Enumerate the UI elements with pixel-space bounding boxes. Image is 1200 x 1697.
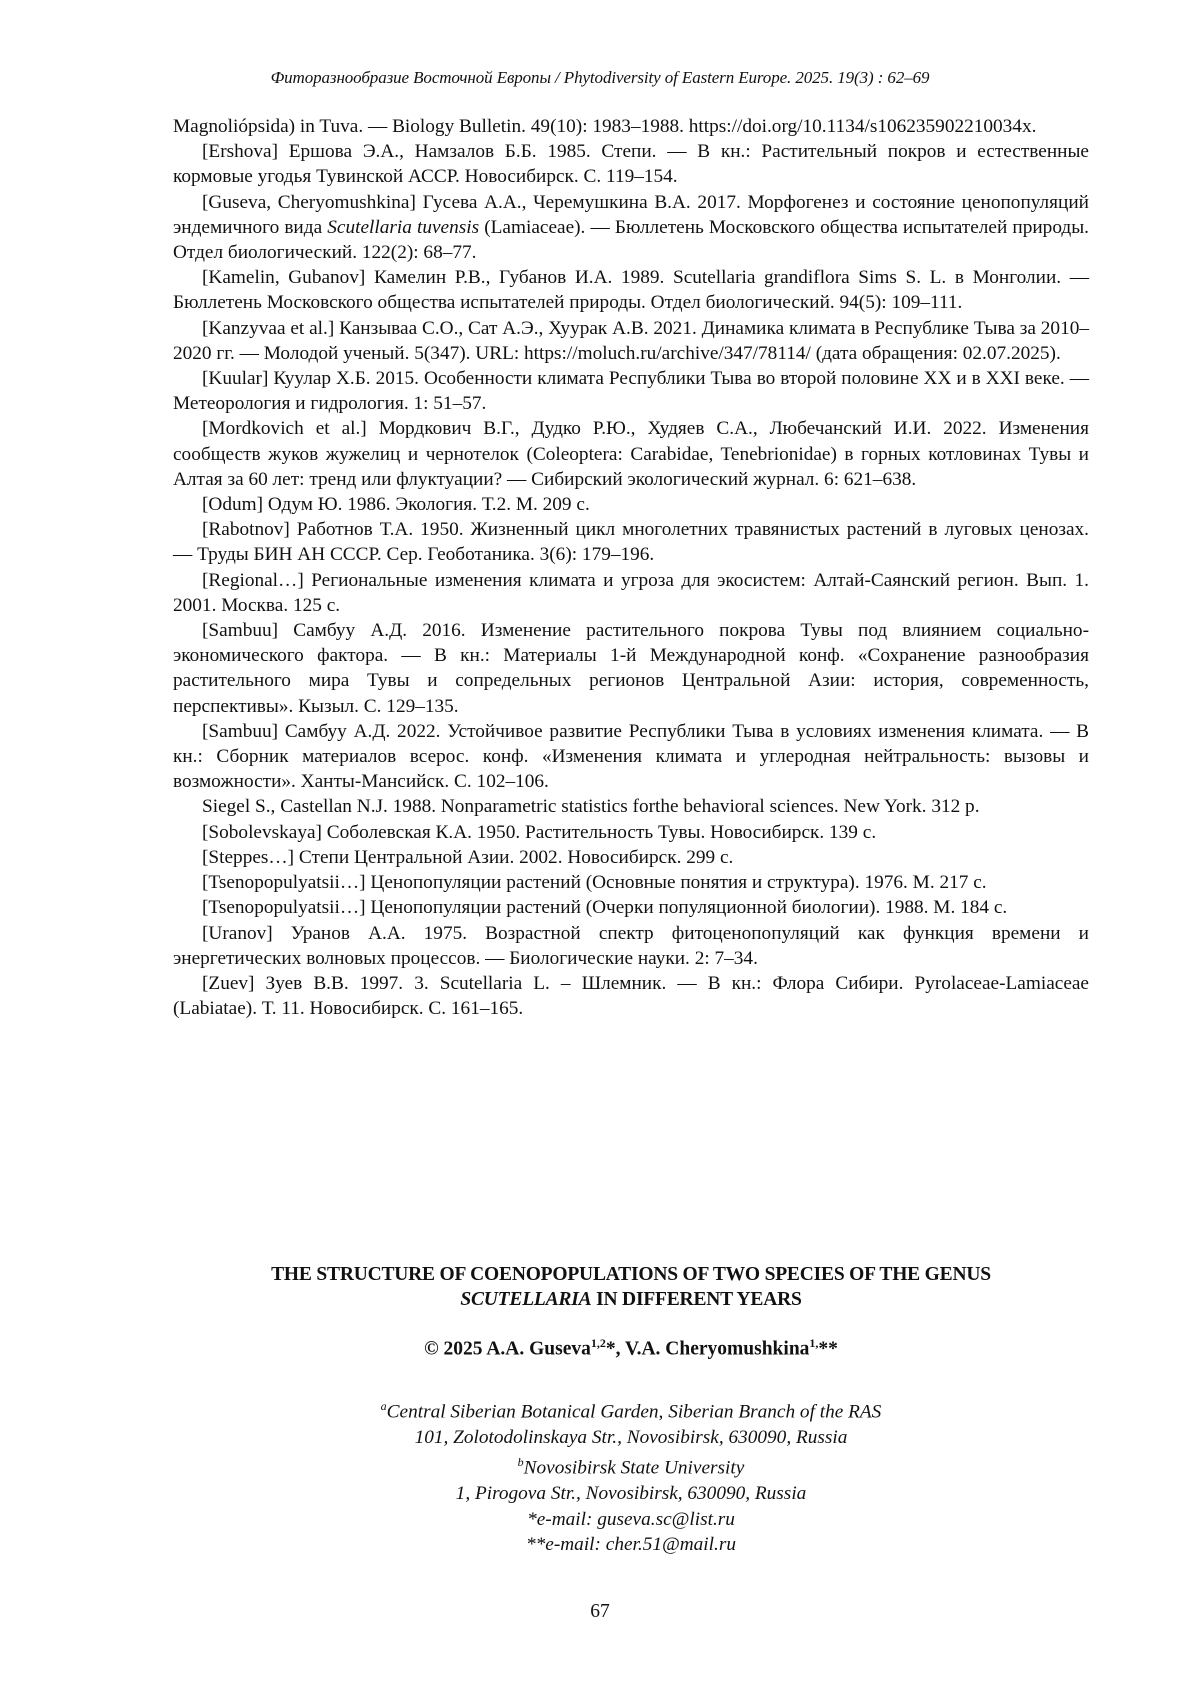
running-header: Фиторазнообразие Восточной Европы / Phyt… [0, 68, 1200, 88]
reference-item: [Mordkovich et al.] Мордкович В.Г., Дудк… [173, 416, 1089, 492]
reference-text: Работнов Т.А. 1950. Жизненный цикл много… [173, 519, 1089, 565]
title-text: IN DIFFERENT YEARS [591, 1289, 801, 1310]
reference-item: [Odum] Одум Ю. 1986. Экология. Т.2. М. 2… [173, 492, 1089, 517]
affiliations: aCentral Siberian Botanical Garden, Sibe… [173, 1394, 1089, 1558]
reference-item: [Steppes…] Степи Центральной Азии. 2002.… [173, 845, 1089, 870]
reference-item: [Sobolevskaya] Соболевская К.А. 1950. Ра… [173, 820, 1089, 845]
title-line: SCUTELLARIA IN DIFFERENT YEARS [173, 1287, 1089, 1312]
reference-key: [Sambuu] [202, 721, 278, 742]
reference-key: [Rabotnov] [202, 519, 290, 540]
reference-item: [Ershova] Ершова Э.А., Намзалов Б.Б. 198… [173, 139, 1089, 189]
reference-key: [Kuular] [202, 368, 268, 389]
reference-item: [Tsenopopulyatsii…] Ценопопуляции растен… [173, 870, 1089, 895]
page-number: 67 [0, 1601, 1200, 1623]
reference-key: [Guseva, Cheryomushkina] [202, 192, 416, 213]
reference-text: Самбуу А.Д. 2022. Устойчивое развитие Ре… [173, 721, 1089, 792]
reference-text: Magnoliópsida) in Tuva. — Biology Bullet… [173, 116, 1036, 137]
reference-key: [Sambuu] [202, 620, 278, 641]
species-name: Scutellaria tuvensis [327, 217, 479, 238]
email-line: *e-mail: guseva.sc@list.ru [173, 1507, 1089, 1533]
affiliation-text: Novosibirsk State University [524, 1458, 745, 1479]
reference-item: [Uranov] Уранов А.А. 1975. Возрастной сп… [173, 921, 1089, 971]
reference-text: Уранов А.А. 1975. Возрастной спектр фито… [173, 923, 1089, 969]
reference-key: [Uranov] [202, 923, 273, 944]
reference-key: [Zuev] [202, 973, 254, 994]
reference-item: [Rabotnov] Работнов Т.А. 1950. Жизненный… [173, 517, 1089, 567]
authors-line: © 2025 A.A. Guseva1,2*, V.A. Cheryomushk… [173, 1331, 1089, 1362]
reference-text: Степи Центральной Азии. 2002. Новосибирс… [294, 847, 733, 868]
article-title: THE STRUCTURE OF COENOPOPULATIONS OF TWO… [173, 1262, 1089, 1312]
reference-text: Ценопопуляции растений (Основные понятия… [366, 872, 987, 893]
reference-key: [Regional…] [202, 570, 304, 591]
reference-list: Magnoliópsida) in Tuva. — Biology Bullet… [173, 114, 1089, 1021]
reference-key: [Sobolevskaya] [202, 822, 322, 843]
author-name: © 2025 A.A. Guseva [424, 1339, 591, 1360]
reference-item: [Zuev] Зуев В.В. 1997. 3. Scutellaria L.… [173, 971, 1089, 1021]
reference-item: [Sambuu] Самбуу А.Д. 2016. Изменение рас… [173, 618, 1089, 719]
affiliation-line: bNovosibirsk State University [173, 1450, 1089, 1481]
reference-key: [Tsenopopulyatsii…] [202, 897, 366, 918]
reference-text: Зуев В.В. 1997. 3. Scutellaria L. – Шлем… [173, 973, 1089, 1019]
reference-text: Одум Ю. 1986. Экология. Т.2. М. 209 с. [263, 494, 590, 515]
affiliation-line: 1, Pirogova Str., Novosibirsk, 630090, R… [173, 1481, 1089, 1507]
reference-text: Куулар Х.Б. 2015. Особенности климата Ре… [173, 368, 1089, 414]
reference-key: [Odum] [202, 494, 263, 515]
reference-text: Ценопопуляции растений (Очерки популяцио… [366, 897, 1008, 918]
reference-item: [Guseva, Cheryomushkina] Гусева А.А., Че… [173, 190, 1089, 266]
reference-item: [Kuular] Куулар Х.Б. 2015. Особенности к… [173, 366, 1089, 416]
affiliation-line: 101, Zolotodolinskaya Str., Novosibirsk,… [173, 1425, 1089, 1451]
reference-text: Ершова Э.А., Намзалов Б.Б. 1985. Степи. … [173, 141, 1089, 187]
reference-text: Siegel S., Castellan N.J. 1988. Nonparam… [202, 796, 980, 817]
reference-item: [Sambuu] Самбуу А.Д. 2022. Устойчивое ра… [173, 719, 1089, 795]
author-name: *, V.A. Cheryomushkina [606, 1339, 810, 1360]
affiliation-text: 1, Pirogova Str., Novosibirsk, 630090, R… [456, 1483, 807, 1504]
reference-key: [Tsenopopulyatsii…] [202, 872, 366, 893]
reference-key: [Mordkovich et al.] [202, 418, 367, 439]
email-text: *e-mail: guseva.sc@list.ru [527, 1509, 735, 1530]
reference-item: Siegel S., Castellan N.J. 1988. Nonparam… [173, 794, 1089, 819]
reference-key: [Ershova] [202, 141, 278, 162]
reference-text: Соболевская К.А. 1950. Растительность Ту… [322, 822, 876, 843]
title-line: THE STRUCTURE OF COENOPOPULATIONS OF TWO… [173, 1262, 1089, 1287]
reference-item: [Regional…] Региональные изменения клима… [173, 568, 1089, 618]
reference-item: Magnoliópsida) in Tuva. — Biology Bullet… [173, 114, 1089, 139]
affiliation-text: 101, Zolotodolinskaya Str., Novosibirsk,… [415, 1427, 848, 1448]
author-mark: ** [818, 1339, 838, 1360]
reference-item: [Kanzyvaa et al.] Канзываа С.О., Сат А.Э… [173, 316, 1089, 366]
reference-key: [Steppes…] [202, 847, 294, 868]
reference-text: Самбуу А.Д. 2016. Изменение растительног… [173, 620, 1089, 717]
reference-item: [Tsenopopulyatsii…] Ценопопуляции растен… [173, 895, 1089, 920]
genus-name: SCUTELLARIA [460, 1289, 591, 1310]
reference-key: [Kanzyvaa et al.] [202, 318, 334, 339]
affiliation-line: aCentral Siberian Botanical Garden, Sibe… [173, 1394, 1089, 1425]
reference-item: [Kamelin, Gubanov] Камелин Р.В., Губанов… [173, 265, 1089, 315]
email-text: **e-mail: cher.51@mail.ru [526, 1534, 736, 1555]
reference-key: [Kamelin, Gubanov] [202, 267, 365, 288]
reference-text: Региональные изменения климата и угроза … [173, 570, 1089, 616]
email-line: **e-mail: cher.51@mail.ru [173, 1532, 1089, 1558]
affiliation-marker: 1,2 [591, 1336, 606, 1350]
affiliation-text: Central Siberian Botanical Garden, Siber… [387, 1401, 882, 1422]
